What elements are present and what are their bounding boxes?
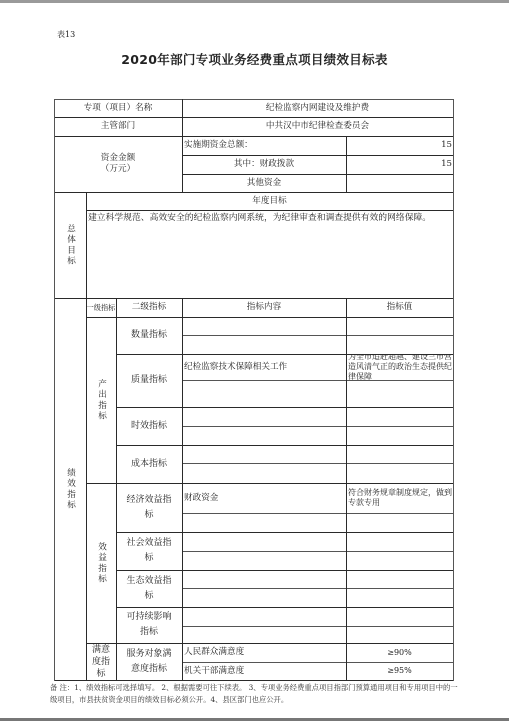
funds-amount-label-line: （万元） xyxy=(101,164,135,175)
indicator-content xyxy=(182,626,346,643)
table-rule xyxy=(182,99,183,193)
fiscal-appropriation-label: 其中：财政拨款 xyxy=(182,155,346,174)
funds-amount-label-line: 资金金额 xyxy=(101,153,135,164)
table-rule xyxy=(182,513,454,514)
indicator-value xyxy=(346,335,453,354)
table-rule xyxy=(86,643,454,644)
table-rule xyxy=(182,298,183,681)
indicator-value xyxy=(346,426,453,445)
indicator-content xyxy=(182,551,346,570)
indicator-value xyxy=(346,407,453,426)
indicator-value xyxy=(346,570,453,588)
table-rule xyxy=(182,662,454,663)
level2-social: 社会效益指标 xyxy=(116,532,182,570)
indicator-content xyxy=(182,463,346,483)
indicator-content xyxy=(182,335,346,354)
table-rule xyxy=(86,483,454,484)
indicator-value xyxy=(346,532,453,551)
indicator-content: 机关干部满意度 xyxy=(182,662,346,680)
table-rule xyxy=(54,136,454,137)
table-rule xyxy=(182,174,454,175)
indicator-content: 财政资金 xyxy=(182,483,346,513)
table-rule xyxy=(182,426,454,427)
level2-ecological: 生态效益指标 xyxy=(116,570,182,607)
table-rule xyxy=(86,317,454,318)
table-rule xyxy=(54,99,454,100)
indicator-content xyxy=(182,317,346,335)
indicator-value xyxy=(346,607,453,626)
other-funds-label: 其他资金 xyxy=(182,174,346,192)
level2-cost: 成本指标 xyxy=(116,445,182,483)
indicator-content xyxy=(182,570,346,588)
table-rule xyxy=(54,117,454,118)
table-rule xyxy=(116,407,454,408)
indicator-value xyxy=(346,445,453,463)
fiscal-appropriation-value: 15 xyxy=(346,155,453,174)
overall-goal-label: 总体目标 xyxy=(54,192,86,298)
project-name-value: 纪检监察内网建设及维护费 xyxy=(182,99,453,117)
table-rule xyxy=(54,680,454,681)
performance-indicators-label: 绩效指标 xyxy=(54,298,86,680)
table-rule xyxy=(182,380,454,381)
indicator-value xyxy=(346,551,453,570)
header-content: 指标内容 xyxy=(182,298,346,317)
project-name-label: 专项（项目）名称 xyxy=(54,99,182,117)
other-funds-value xyxy=(346,174,453,192)
indicator-content xyxy=(182,380,346,407)
table-number: 表13 xyxy=(57,29,75,40)
table-rule xyxy=(182,463,454,464)
indicator-value: ≥90% xyxy=(346,643,453,662)
window-top-edge xyxy=(0,0,509,3)
indicator-value xyxy=(346,380,453,407)
indicator-content: 人民群众满意度 xyxy=(182,643,346,662)
table-rule xyxy=(182,155,454,156)
table-rule xyxy=(54,99,55,681)
level2-service-satisfaction: 服务对象满意度指标 xyxy=(116,643,182,680)
indicator-content xyxy=(182,426,346,445)
annual-goal-text: 建立科学规范、高效安全的纪检监察内网系统，为纪律审查和调查提供有效的网络保障。 xyxy=(86,210,453,298)
table-rule xyxy=(54,192,454,193)
table-rule xyxy=(116,532,454,533)
table-rule xyxy=(116,298,117,681)
level1-output: 产出指标 xyxy=(86,317,116,483)
table-rule xyxy=(182,551,454,552)
level2-quality: 质量指标 xyxy=(116,354,182,407)
level1-satisfaction: 满意度指标 xyxy=(86,643,116,680)
level2-quantity: 数量指标 xyxy=(116,317,182,354)
indicator-content xyxy=(182,607,346,626)
level1-benefit: 效益指标 xyxy=(86,483,116,643)
table-rule xyxy=(346,298,347,681)
department-value: 中共汉中市纪律检查委员会 xyxy=(182,117,453,136)
indicator-content xyxy=(182,513,346,532)
page-title: 2020年部门专项业务经费重点项目绩效目标表 xyxy=(0,50,509,68)
indicator-content xyxy=(182,532,346,551)
indicator-content xyxy=(182,588,346,607)
funds-amount-label: 资金金额（万元） xyxy=(54,136,182,192)
level2-timeliness: 时效指标 xyxy=(116,407,182,445)
total-funds-label: 实施期资金总额： xyxy=(182,136,346,155)
table-rule xyxy=(116,445,454,446)
indicator-value: 为全市追赶超越、建设三市营造风清气正的政治生态提供纪律保障 xyxy=(346,354,453,380)
indicator-value xyxy=(346,317,453,335)
table-rule xyxy=(346,136,347,193)
table-rule xyxy=(182,335,454,336)
table-rule xyxy=(453,99,454,681)
indicator-value xyxy=(346,626,453,643)
table-rule xyxy=(182,588,454,589)
table-rule xyxy=(86,210,454,211)
table-rule xyxy=(54,298,454,299)
level2-sustainable: 可持续影响指标 xyxy=(116,607,182,643)
header-level2: 二级指标 xyxy=(116,298,182,317)
indicator-content xyxy=(182,445,346,463)
table-rule xyxy=(116,354,454,355)
table-rule xyxy=(182,626,454,627)
indicator-content: 纪检监察技术保障相关工作 xyxy=(182,354,346,380)
footnote: 备 注：1、绩效指标可选择填写。 2、根据需要可往下续表。 3、专项业务经费重点… xyxy=(50,682,460,706)
table-rule xyxy=(86,192,87,681)
indicator-value xyxy=(346,463,453,483)
indicator-value xyxy=(346,588,453,607)
table-rule xyxy=(116,570,454,571)
header-value: 指标值 xyxy=(346,298,453,317)
annual-goal-header: 年度目标 xyxy=(86,192,453,210)
level2-economic: 经济效益指标 xyxy=(116,483,182,532)
department-label: 主管部门 xyxy=(54,117,182,136)
total-funds-value: 15 xyxy=(346,136,453,155)
indicator-content xyxy=(182,407,346,426)
header-level1: 一级指标 xyxy=(86,298,116,317)
indicator-value: 符合财务规章制度规定，做到专款专用 xyxy=(346,483,453,513)
table-rule xyxy=(116,607,454,608)
indicator-value: ≥95% xyxy=(346,662,453,680)
indicator-value xyxy=(346,513,453,532)
